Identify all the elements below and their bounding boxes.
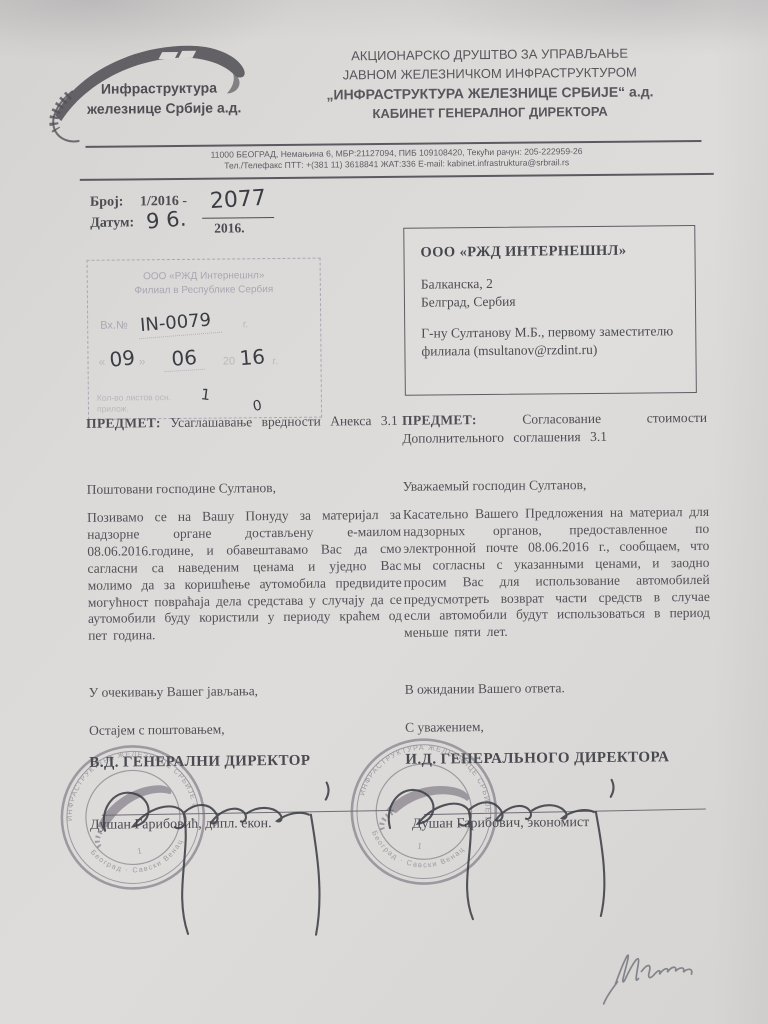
greeting-right: Уважаемый господин Султанов, — [403, 477, 587, 495]
recipient-address2: Белград, Сербия — [421, 291, 695, 312]
datum-label: Датум: — [90, 215, 134, 231]
closing1-left: У очекивању Вашег јављања, — [89, 683, 258, 701]
subject-left: ПРЕДМЕТ: Усаглашавање вредности Анекса 3… — [86, 412, 398, 433]
handwritten-signature-right — [355, 745, 707, 930]
stamp-date-year: 16 — [238, 344, 265, 370]
broj-handwritten-number: 2077 — [209, 186, 266, 214]
signature-stroke-icon — [355, 745, 707, 930]
broj-underline — [202, 217, 274, 219]
stamp-date-quote-close: » — [139, 354, 146, 368]
letterhead-rule-bottom — [80, 173, 714, 181]
recipient-company: ООО «РЖД ИНТЕРНЕШНЛ» — [420, 242, 694, 262]
pencil-initials — [593, 922, 754, 1008]
broj-year: 2016. — [214, 220, 245, 236]
company-logo: Инфраструктура железнице Србије а.д. — [42, 27, 253, 149]
logo-text-line1: Инфраструктура — [101, 80, 217, 97]
broj-label: Број: — [90, 194, 124, 210]
stamp-date-day: 09 — [108, 345, 136, 371]
subject-left-label: ПРЕДМЕТ: — [86, 415, 161, 431]
logo-text-line2: железнице Србије а.д. — [87, 99, 241, 116]
letter-content: Инфраструктура железнице Србије а.д. АКЦ… — [0, 0, 768, 1024]
received-stamp-org2: Филиал в Республике Сербия — [88, 283, 320, 299]
vh-label: Вх.№ — [100, 319, 128, 331]
closing1-right: В ожидании Вашего ответа. — [405, 680, 565, 698]
body-paragraph-left: Позивамо се на Вашу Понуду за материјал … — [87, 507, 402, 645]
org-line-3: „ИНФРАСТРУКТУРА ЖЕЛЕЗНИЦЕ СРБИЈЕ“ а.д. — [275, 81, 705, 105]
recipient-attention: Г-ну Султанову М.Б., первому заместителю… — [421, 322, 679, 360]
stamp-date-century: 20 — [223, 355, 235, 367]
scanned-letter: Инфраструктура железнице Србије а.д. АКЦ… — [0, 0, 768, 1024]
greeting-left: Поштовани господине Султанов, — [87, 480, 276, 498]
subject-left-text: Усаглашавање вредности Анекса 3.1 — [161, 413, 398, 430]
subject-right: ПРЕДМЕТ: Согласование стоимости Дополнит… — [402, 409, 707, 448]
letterhead-address: 11000 БЕОГРАД, Немањина 6, МБР:21127094,… — [82, 145, 712, 173]
datum-handwritten: 9 6. — [145, 207, 187, 234]
initials-stroke-icon — [593, 922, 754, 1008]
reference-block: Број: 1/2016 - 2077 2016. Датум: 9 6. — [90, 192, 350, 194]
stamp-date-g: г. — [272, 356, 277, 367]
letterhead-org-block: АКЦИОНАРСКО ДРУШТВО ЗА УПРАВЉАЊЕ ЈАВНОМ … — [275, 43, 706, 124]
body-paragraph-right: Касательно Вашего Предложения на материа… — [403, 504, 710, 642]
vh-handwritten-value: IN-0079 — [137, 309, 222, 340]
stamp-footer-label2: прилож. — [97, 403, 129, 413]
vh-g: г. — [243, 319, 248, 330]
stamp-date-quote-open: « — [98, 355, 105, 369]
received-stamp-box: ООО «РЖД Интернешнл» Филиал в Республике… — [87, 258, 323, 420]
stamp-date-month: 06 — [163, 345, 206, 373]
recipient-box: ООО «РЖД ИНТЕРНЕШНЛ» Балканска, 2 Белгра… — [403, 225, 697, 396]
subject-right-label: ПРЕДМЕТ: — [402, 412, 477, 428]
